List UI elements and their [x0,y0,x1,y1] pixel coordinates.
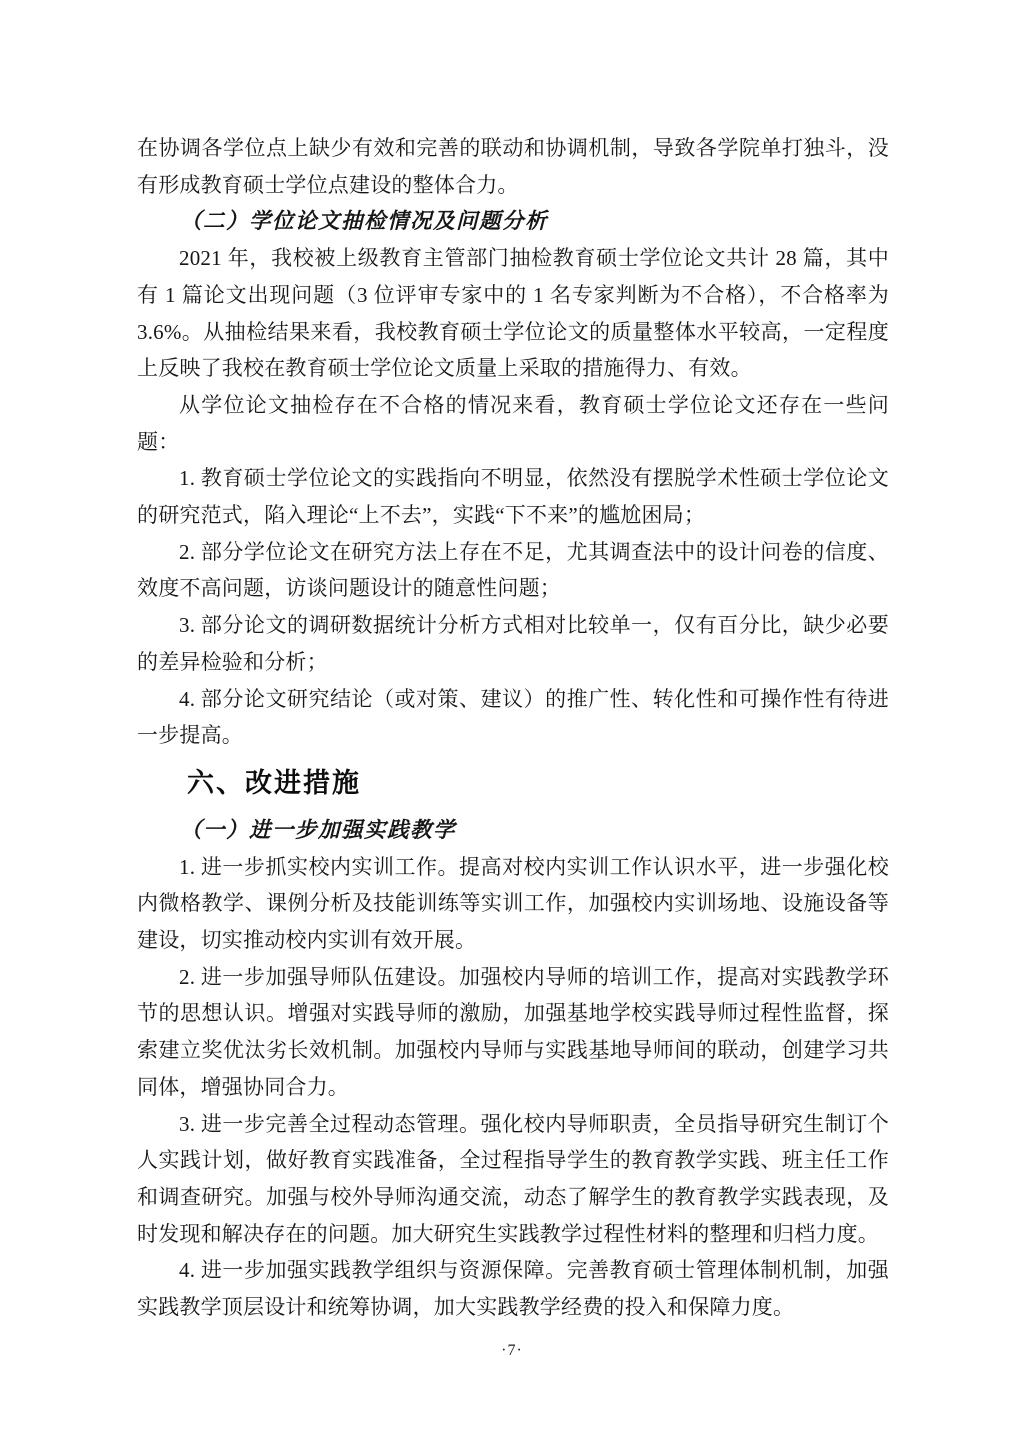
subheading-strengthen-practice-teaching: （一）进一步加强实践教学 [137,812,889,849]
paragraph-problem-1: 1. 教育硕士学位论文的实践指向不明显，依然没有摆脱学术性硕士学位论文的研究范式… [137,460,889,533]
paragraph-continuation: 在协调各学位点上缺少有效和完善的联动和协调机制，导致各学院单打独斗，没有形成教育… [137,130,889,203]
paragraph-measure-1: 1. 进一步抓实校内实训工作。提高对校内实训工作认识水平，进一步强化校内微格教学… [137,849,889,959]
page-number: ·7· [0,1342,1024,1360]
paragraph-problem-4: 4. 部分论文研究结论（或对策、建议）的推广性、转化性和可操作性有待进一步提高。 [137,681,889,754]
document-page: 在协调各学位点上缺少有效和完善的联动和协调机制，导致各学院单打独斗，没有形成教育… [0,0,1024,1448]
subheading-thesis-sampling-analysis: （二）学位论文抽检情况及问题分析 [137,203,889,240]
paragraph-measure-2: 2. 进一步加强导师队伍建设。加强校内导师的培训工作，提高对实践教学环节的思想认… [137,959,889,1106]
paragraph-problems-intro: 从学位论文抽检存在不合格的情况来看，教育硕士学位论文还存在一些问题： [137,387,889,460]
section-heading-improvement-measures: 六、改进措施 [137,764,889,802]
paragraph-sampling-result: 2021 年，我校被上级教育主管部门抽检教育硕士学位论文共计 28 篇，其中有 … [137,240,889,387]
paragraph-problem-2: 2. 部分学位论文在研究方法上存在不足，尤其调查法中的设计问卷的信度、效度不高问… [137,534,889,607]
paragraph-measure-4: 4. 进一步加强实践教学组织与资源保障。完善教育硕士管理体制机制，加强实践教学顶… [137,1252,889,1325]
paragraph-measure-3: 3. 进一步完善全过程动态管理。强化校内导师职责，全员指导研究生制订个人实践计划… [137,1106,889,1253]
page-content: 在协调各学位点上缺少有效和完善的联动和协调机制，导致各学院单打独斗，没有形成教育… [137,130,889,1326]
paragraph-problem-3: 3. 部分论文的调研数据统计分析方式相对比较单一，仅有百分比，缺少必要的差异检验… [137,607,889,680]
